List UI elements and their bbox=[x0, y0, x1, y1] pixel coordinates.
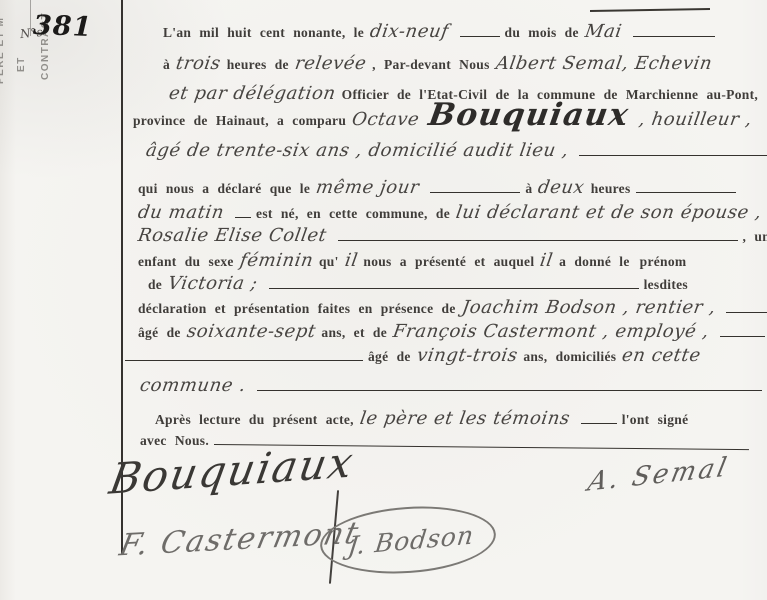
margin-stamp-et: ET bbox=[16, 42, 27, 72]
act-line-12: âgé desoixante-septans, et deFrançois Ca… bbox=[138, 320, 767, 344]
act-line-9: enfant du sexefémininqu'ilnous a présent… bbox=[138, 249, 686, 273]
blank-line bbox=[430, 178, 520, 193]
act-line-4: province de Hainaut, a comparuOctaveBouq… bbox=[133, 103, 758, 127]
printed-text: avec Nous. bbox=[140, 433, 209, 448]
act-line-13: âgé devingt-troisans, domiciliésen cette bbox=[125, 344, 707, 368]
blank-line bbox=[257, 376, 762, 391]
act-line-2: àtroisheures derelevée, Par-devant NousA… bbox=[163, 52, 718, 76]
printed-text: nous a présenté et auquel bbox=[363, 254, 534, 269]
handwritten-commune: commune . bbox=[138, 374, 248, 398]
birth-record-scan: PÈRE ET M ET CONTRACT N°s 381 L'an mil h… bbox=[0, 0, 767, 600]
printed-text: a donné le bbox=[559, 254, 630, 269]
act-line-8: Rosalie Elise Collet, un bbox=[138, 224, 767, 248]
printed-text: lesdites bbox=[644, 277, 688, 292]
handwritten-witness2-age: vingt-trois bbox=[415, 344, 519, 368]
printed-text: heures de bbox=[227, 57, 289, 72]
handwritten-mother-name: Rosalie Elise Collet bbox=[136, 224, 328, 248]
handwritten-birthday: même jour bbox=[314, 176, 421, 200]
printed-text: l'ont signé bbox=[622, 412, 689, 427]
printed-text: qui nous a déclaré que le bbox=[138, 181, 310, 196]
printed-text: prénom bbox=[640, 254, 687, 269]
blank-line bbox=[726, 298, 767, 313]
printed-text: à bbox=[525, 181, 532, 196]
handwritten-witness2-name: François Castermont , employé , bbox=[391, 320, 711, 344]
handwritten-witness1-age: soixante-sept bbox=[185, 320, 318, 344]
printed-text: âgé de bbox=[138, 325, 181, 340]
blank-line bbox=[720, 322, 765, 337]
act-line-15: Après lecture du présent acte,le père et… bbox=[155, 407, 688, 431]
blank-line bbox=[460, 22, 500, 37]
act-line-10: deVictoria ;lesdites bbox=[148, 272, 688, 296]
printed-text: du mois de bbox=[505, 25, 579, 40]
margin-stamp-pere-et-mere: PÈRE ET M bbox=[0, 0, 6, 84]
blank-line bbox=[581, 409, 617, 424]
act-line-6: qui nous a déclaré que lemême jouràdeuxh… bbox=[138, 176, 741, 200]
handwritten-pronoun: il bbox=[539, 249, 556, 273]
blank-line bbox=[338, 226, 738, 241]
blank-line bbox=[269, 274, 639, 289]
printed-text: , un bbox=[743, 229, 767, 244]
handwritten-hour: trois bbox=[174, 52, 222, 76]
handwritten-am-pm: du matin bbox=[136, 201, 226, 225]
handwritten-birth-hour: deux bbox=[536, 176, 586, 200]
printed-text: heures bbox=[591, 181, 631, 196]
act-line-5: âgé de trente-six ans , domicilié audit … bbox=[140, 139, 767, 163]
handwritten-child-firstname: Victoria ; bbox=[166, 272, 259, 296]
printed-text: Après lecture du présent acte, bbox=[155, 412, 354, 427]
printed-text: est né, en cette commune, de bbox=[256, 206, 450, 221]
handwritten-pronoun: il bbox=[343, 249, 360, 273]
handwritten-witness1-name: Joachim Bodson , rentier , bbox=[460, 296, 717, 320]
blank-line bbox=[235, 203, 251, 218]
act-line-7: du matinest né, en cette commune, delui … bbox=[138, 201, 767, 225]
printed-text: âgé de bbox=[368, 349, 411, 364]
handwritten-residence: en cette bbox=[620, 344, 702, 368]
printed-text: enfant du sexe bbox=[138, 254, 234, 269]
ruled-line-top bbox=[590, 8, 710, 12]
printed-text: qu' bbox=[319, 254, 339, 269]
handwritten-father-surname: Bouquiaux bbox=[427, 103, 631, 127]
handwritten-declarant: lui déclarant et de son épouse , bbox=[454, 201, 763, 225]
printed-text: ans, domiciliés bbox=[523, 349, 616, 364]
signature-officer: A. Semal bbox=[585, 452, 732, 498]
blank-line bbox=[636, 178, 736, 193]
blank-line bbox=[125, 346, 363, 361]
handwritten-father-occupation: , houilleur , bbox=[637, 108, 754, 132]
printed-text: à bbox=[163, 57, 170, 72]
handwritten-month: Mai bbox=[583, 20, 624, 44]
printed-text: L'an mil huit cent nonante, le bbox=[163, 25, 364, 40]
printed-text: déclaration et présentation faites en pr… bbox=[138, 301, 456, 316]
printed-text: de bbox=[148, 277, 162, 292]
handwritten-period: relevée bbox=[293, 52, 368, 76]
blank-line bbox=[633, 22, 715, 37]
handwritten-sex: féminin bbox=[238, 249, 315, 273]
printed-text: , Par-devant Nous bbox=[372, 57, 489, 72]
printed-text: province de Hainaut, a comparu bbox=[133, 113, 346, 128]
act-number: 381 bbox=[32, 10, 92, 43]
handwritten-officer-name: Albert Semal, Echevin bbox=[494, 52, 714, 76]
act-line-11: déclaration et présentation faites en pr… bbox=[138, 296, 767, 320]
handwritten-day: dix-neuf bbox=[368, 20, 450, 44]
handwritten-father-age: âgé de trente-six ans , domicilié audit … bbox=[144, 139, 570, 163]
handwritten-father-firstname: Octave bbox=[350, 108, 421, 132]
act-line-1: L'an mil huit cent nonante, ledix-neufdu… bbox=[163, 20, 720, 44]
act-line-14: commune . bbox=[140, 374, 767, 398]
printed-text: ans, et de bbox=[321, 325, 387, 340]
handwritten-signers: le père et les témoins bbox=[358, 407, 572, 431]
blank-line bbox=[579, 141, 767, 156]
